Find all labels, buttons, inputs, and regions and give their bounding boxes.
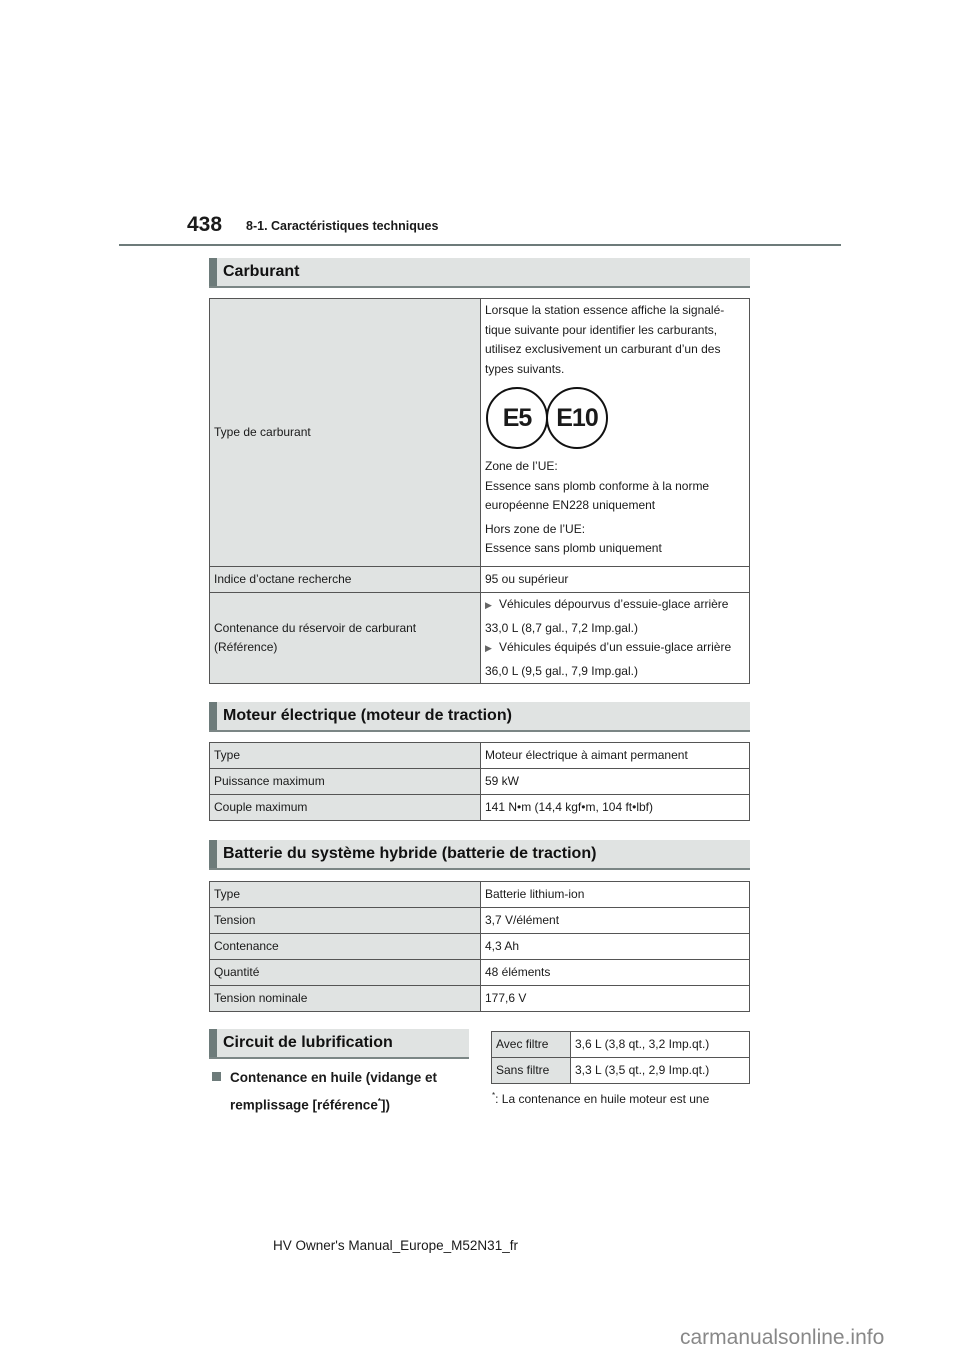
row-value: 4,3 Ah	[481, 934, 750, 960]
section-header-motor: Moteur électrique (moteur de traction)	[209, 702, 750, 732]
fuel-type-label: Type de carburant	[210, 299, 481, 567]
condition-text: Véhicules dépourvus d’essuie-glace arriè…	[499, 597, 728, 611]
row-value: 3,3 L (3,5 qt., 2,9 Imp.qt.)	[571, 1058, 750, 1084]
section-accent	[209, 1029, 217, 1057]
header-divider	[119, 244, 841, 246]
text-line: Contenance en huile (vidange et	[230, 1070, 437, 1085]
table-row: Avec filtre 3,6 L (3,8 qt., 3,2 Imp.qt.)	[492, 1032, 750, 1058]
text-fragment: remplissage [référence	[230, 1098, 378, 1113]
section-header-battery: Batterie du système hybride (batterie de…	[209, 840, 750, 870]
fuel-type-value: Lorsque la station essence affiche la si…	[481, 299, 750, 567]
table-row: Puissance maximum 59 kW	[210, 769, 750, 795]
section-title: Batterie du système hybride (batterie de…	[223, 845, 596, 863]
text-line: tique suivante pour identifier les carbu…	[485, 321, 745, 341]
footnote-text: : La contenance en huile moteur est une	[495, 1092, 709, 1106]
text-line: européenne EN228 uniquement	[485, 496, 745, 516]
row-value: 3,7 V/élément	[481, 908, 750, 934]
octane-label: Indice d’octane recherche	[210, 567, 481, 593]
text-line: utilisez exclusivement un carburant d’un…	[485, 340, 745, 360]
text-fragment: ])	[381, 1098, 390, 1113]
condition-text: Véhicules équipés d’un essuie-glace arri…	[499, 640, 731, 654]
battery-table: Type Batterie lithium-ion Tension 3,7 V/…	[209, 881, 750, 1012]
row-value: 3,6 L (3,8 qt., 3,2 Imp.qt.)	[571, 1032, 750, 1058]
table-row: Couple maximum 141 N•m (14,4 kgf•m, 104 …	[210, 795, 750, 821]
row-value: Batterie lithium-ion	[481, 882, 750, 908]
octane-value: 95 ou supérieur	[481, 567, 750, 593]
section-accent	[209, 258, 217, 286]
tank-value: ▶Véhicules dépourvus d’essuie-glace arri…	[481, 593, 750, 684]
row-value: 59 kW	[481, 769, 750, 795]
row-value: 48 éléments	[481, 960, 750, 986]
section-title: Circuit de lubrification	[223, 1034, 393, 1052]
capacity-value: 36,0 L (9,5 gal., 7,9 Imp.gal.)	[485, 662, 745, 682]
section-header-fuel: Carburant	[209, 258, 750, 288]
text-line: (Référence)	[214, 638, 476, 657]
capacity-value: 33,0 L (8,7 gal., 7,2 Imp.gal.)	[485, 619, 745, 639]
row-label: Tension	[210, 908, 481, 934]
motor-table: Type Moteur électrique à aimant permanen…	[209, 742, 750, 821]
text-line: Contenance du réservoir de carburant	[214, 619, 476, 638]
section-header-lubrication: Circuit de lubrification	[209, 1029, 469, 1059]
e10-fuel-icon: E10	[546, 387, 608, 449]
table-row: Contenance 4,3 Ah	[210, 934, 750, 960]
row-label: Quantité	[210, 960, 481, 986]
row-label: Contenance	[210, 934, 481, 960]
e5-fuel-icon: E5	[486, 387, 548, 449]
text-line: Essence sans plomb uniquement	[485, 539, 745, 559]
oil-capacity-table: Avec filtre 3,6 L (3,8 qt., 3,2 Imp.qt.)…	[491, 1031, 750, 1084]
row-label: Type	[210, 882, 481, 908]
section-title: Carburant	[223, 263, 299, 281]
triangle-bullet-icon: ▶	[485, 639, 499, 659]
table-row: Quantité 48 éléments	[210, 960, 750, 986]
non-eu-label: Hors zone de l’UE:	[485, 520, 745, 540]
eu-zone-label: Zone de l’UE:	[485, 457, 745, 477]
watermark-link[interactable]: carmanualsonline.info	[680, 1326, 884, 1350]
row-value: 177,6 V	[481, 986, 750, 1012]
row-label: Type	[210, 743, 481, 769]
chapter-title: 8-1. Caractéristiques techniques	[246, 219, 438, 233]
row-value: Moteur électrique à aimant permanent	[481, 743, 750, 769]
row-label: Couple maximum	[210, 795, 481, 821]
tank-label: Contenance du réservoir de carburant (Ré…	[210, 593, 481, 684]
text-line: types suivants.	[485, 360, 745, 380]
table-row: Type de carburant Lorsque la station ess…	[210, 299, 750, 567]
square-bullet-icon	[212, 1072, 221, 1081]
oil-capacity-heading: Contenance en huile (vidange et rempliss…	[212, 1066, 437, 1118]
table-row: Tension 3,7 V/élément	[210, 908, 750, 934]
row-label: Avec filtre	[492, 1032, 571, 1058]
text-line: Essence sans plomb conforme à la norme	[485, 477, 745, 497]
row-label: Sans filtre	[492, 1058, 571, 1084]
table-row: Indice d’octane recherche 95 ou supérieu…	[210, 567, 750, 593]
table-row: Contenance du réservoir de carburant (Ré…	[210, 593, 750, 684]
row-label: Puissance maximum	[210, 769, 481, 795]
table-row: Sans filtre 3,3 L (3,5 qt., 2,9 Imp.qt.)	[492, 1058, 750, 1084]
fuel-badges: E5 E10	[486, 387, 745, 449]
text-line: remplissage [référence*])	[212, 1090, 437, 1118]
section-title: Moteur électrique (moteur de traction)	[223, 707, 512, 725]
triangle-bullet-icon: ▶	[485, 596, 499, 616]
section-accent	[209, 840, 217, 868]
page-number: 438	[187, 213, 222, 237]
row-label: Tension nominale	[210, 986, 481, 1012]
fuel-table: Type de carburant Lorsque la station ess…	[209, 298, 750, 684]
table-row: Type Moteur électrique à aimant permanen…	[210, 743, 750, 769]
text-line: Lorsque la station essence affiche la si…	[485, 301, 745, 321]
table-row: Type Batterie lithium-ion	[210, 882, 750, 908]
section-accent	[209, 702, 217, 730]
table-row: Tension nominale 177,6 V	[210, 986, 750, 1012]
row-value: 141 N•m (14,4 kgf•m, 104 ft•lbf)	[481, 795, 750, 821]
footnote: *: La contenance en huile moteur est une	[492, 1091, 709, 1106]
manual-id: HV Owner's Manual_Europe_M52N31_fr	[273, 1238, 518, 1253]
